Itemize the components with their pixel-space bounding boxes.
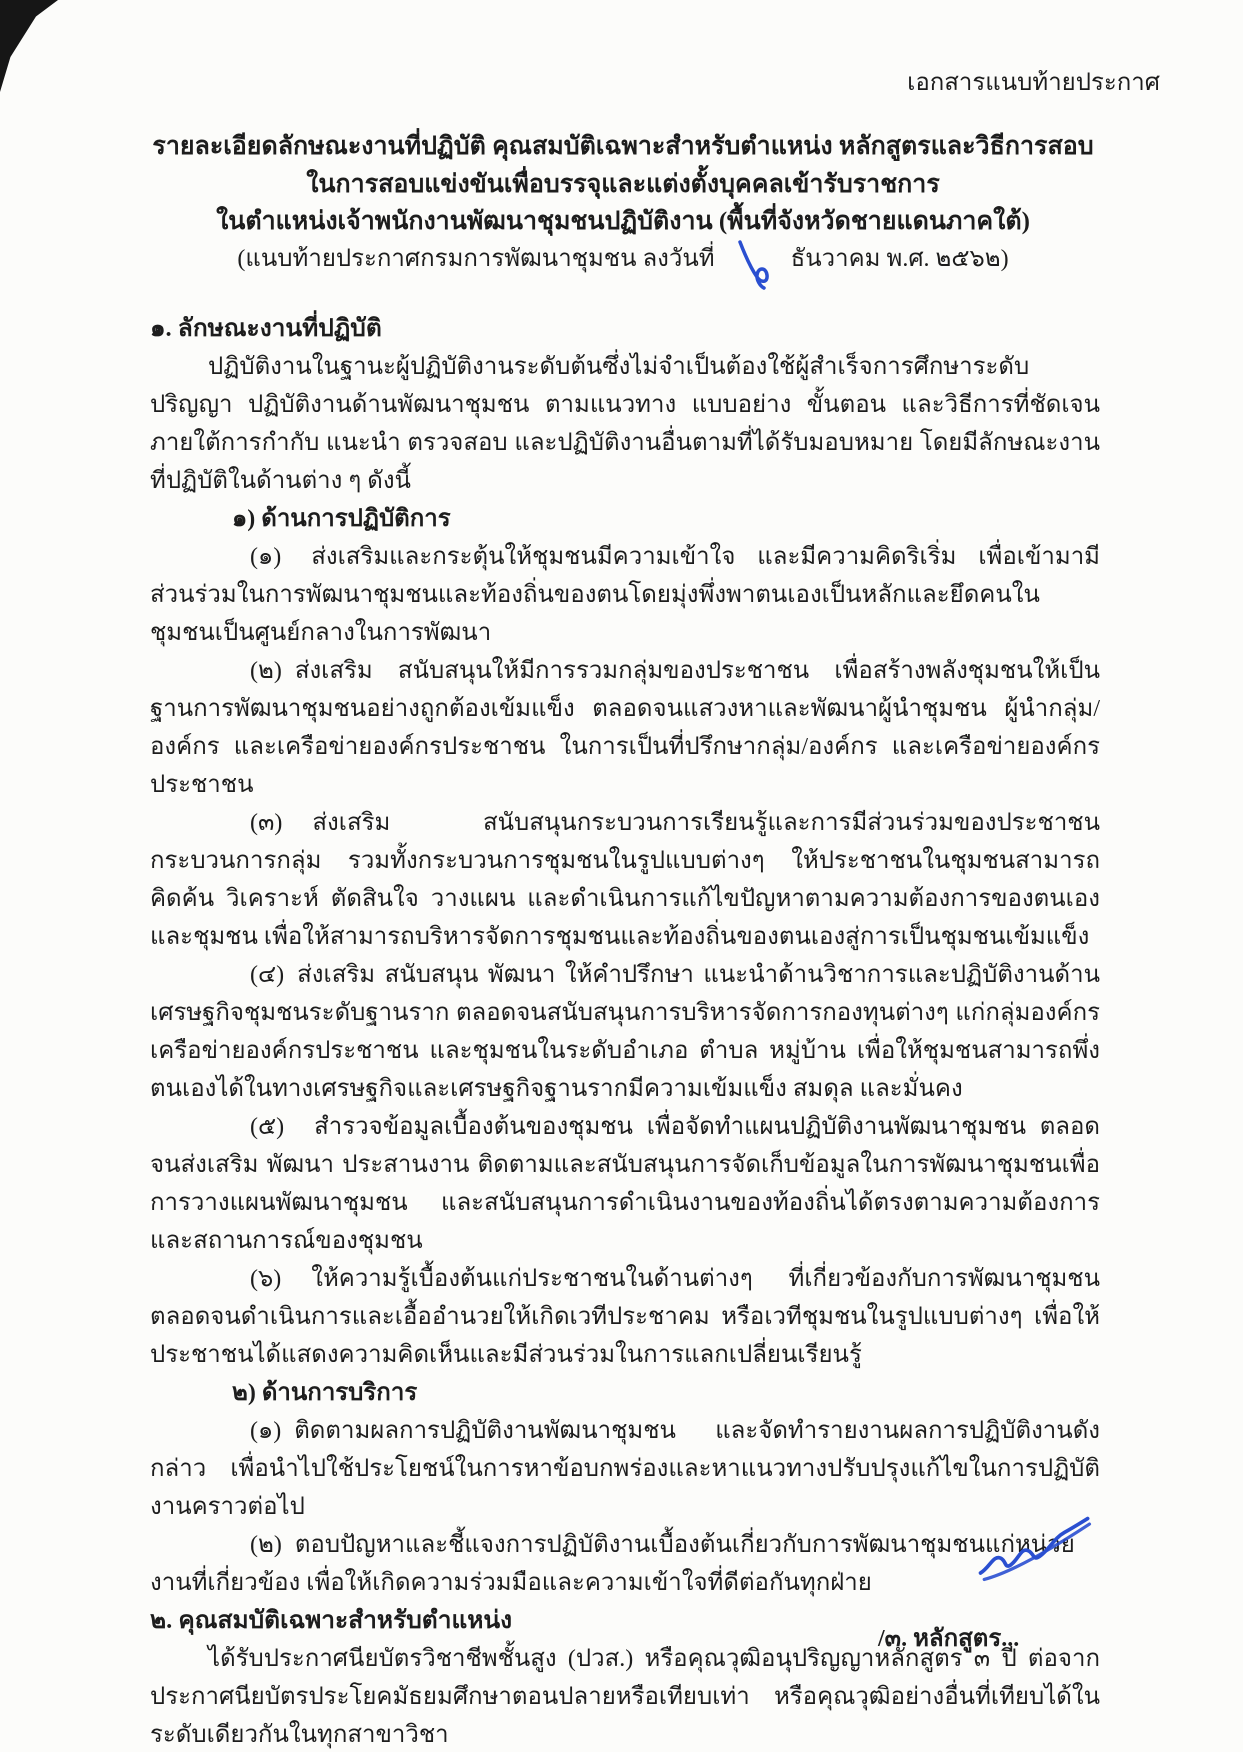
item-text: ส่งเสริม สนับสนุนให้มีการรวมกลุ่มของประช…: [150, 658, 1100, 798]
item-text: ให้ความรู้เบื้องต้นแก่ประชาชนในด้านต่างๆ…: [150, 1266, 1100, 1368]
item-number: (๒): [250, 658, 282, 684]
item-number: (๖): [250, 1266, 281, 1292]
duty-item: (๔)ส่งเสริม สนับสนุน พัฒนา ให้คำปรึกษา แ…: [150, 956, 1100, 1108]
item-text: ส่งเสริม สนับสนุน พัฒนา ให้คำปรึกษา แนะน…: [150, 962, 1100, 1102]
scan-fold-artifact-icon: [0, 0, 58, 92]
attachment-note: เอกสารแนบท้ายประกาศ: [907, 62, 1160, 101]
operations-subheading: ๑) ด้านการปฏิบัติการ: [150, 500, 1100, 538]
section-1-intro: ปฏิบัติงานในฐานะผู้ปฏิบัติงานระดับต้นซึ่…: [150, 348, 1100, 500]
title-line-1: รายละเอียดลักษณะงานที่ปฏิบัติ คุณสมบัติเ…: [147, 128, 1099, 166]
item-text: สำรวจข้อมูลเบื้องต้นของชุมชน เพื่อจัดทำแ…: [150, 1114, 1100, 1254]
duty-item: (๒)ส่งเสริม สนับสนุนให้มีการรวมกลุ่มของป…: [150, 652, 1100, 804]
section-1-heading: ๑. ลักษณะงานที่ปฏิบัติ: [150, 310, 1100, 348]
duty-item: (๑)ส่งเสริมและกระตุ้นให้ชุมชนมีความเข้าใ…: [150, 538, 1100, 652]
document-body: ๑. ลักษณะงานที่ปฏิบัติ ปฏิบัติงานในฐานะผ…: [150, 310, 1100, 1752]
title-line-2: ในการสอบแข่งขันเพื่อบรรจุและแต่งตั้งบุคค…: [147, 166, 1099, 204]
item-number: (๔): [250, 962, 284, 988]
signature-handwriting-icon: [975, 1512, 1095, 1586]
handwritten-day-slot: ๖: [721, 241, 785, 269]
item-text: ส่งเสริม สนับสนุนกระบวนการเรียนรู้และการ…: [150, 810, 1100, 950]
item-text: ส่งเสริมและกระตุ้นให้ชุมชนมีความเข้าใจ แ…: [150, 544, 1100, 646]
handwritten-day-mark-icon: [733, 239, 773, 295]
page-continuation-note: /๓. หลักสูตร...: [878, 1618, 1019, 1657]
item-number: (๒): [250, 1532, 282, 1558]
date-suffix: ธันวาคม พ.ศ. ๒๕๖๒): [791, 246, 1009, 272]
duty-item: (๑)ติดตามผลการปฏิบัติงานพัฒนาชุมชน และจั…: [150, 1412, 1100, 1526]
item-number: (๑): [250, 544, 281, 570]
duty-item: (๖)ให้ความรู้เบื้องต้นแก่ประชาชนในด้านต่…: [150, 1260, 1100, 1374]
item-number: (๑): [250, 1418, 281, 1444]
duty-item: (๒)ตอบปัญหาและชี้แจงการปฏิบัติงานเบื้องต…: [150, 1526, 1100, 1602]
item-number: (๕): [250, 1114, 284, 1140]
item-text: ติดตามผลการปฏิบัติงานพัฒนาชุมชน และจัดทำ…: [150, 1418, 1100, 1520]
service-subheading: ๒) ด้านการบริการ: [150, 1374, 1100, 1412]
duty-item: (๓)ส่งเสริม สนับสนุนกระบวนการเรียนรู้และ…: [150, 804, 1100, 956]
date-prefix: (แนบท้ายประกาศกรมการพัฒนาชุมชน ลงวันที่: [237, 246, 714, 272]
duty-item: (๕)สำรวจข้อมูลเบื้องต้นของชุมชน เพื่อจัด…: [150, 1108, 1100, 1260]
title-line-3: ในตำแหน่งเจ้าพนักงานพัฒนาชุมชนปฏิบัติงาน…: [147, 203, 1099, 241]
item-number: (๓): [250, 810, 282, 836]
item-text: ตอบปัญหาและชี้แจงการปฏิบัติงานเบื้องต้นเ…: [150, 1532, 1075, 1596]
title-block: รายละเอียดลักษณะงานที่ปฏิบัติ คุณสมบัติเ…: [147, 128, 1099, 278]
title-date-line: (แนบท้ายประกาศกรมการพัฒนาชุมชน ลงวันที่ …: [147, 241, 1099, 279]
scanned-document-page: เอกสารแนบท้ายประกาศ รายละเอียดลักษณะงานท…: [0, 0, 1243, 1752]
